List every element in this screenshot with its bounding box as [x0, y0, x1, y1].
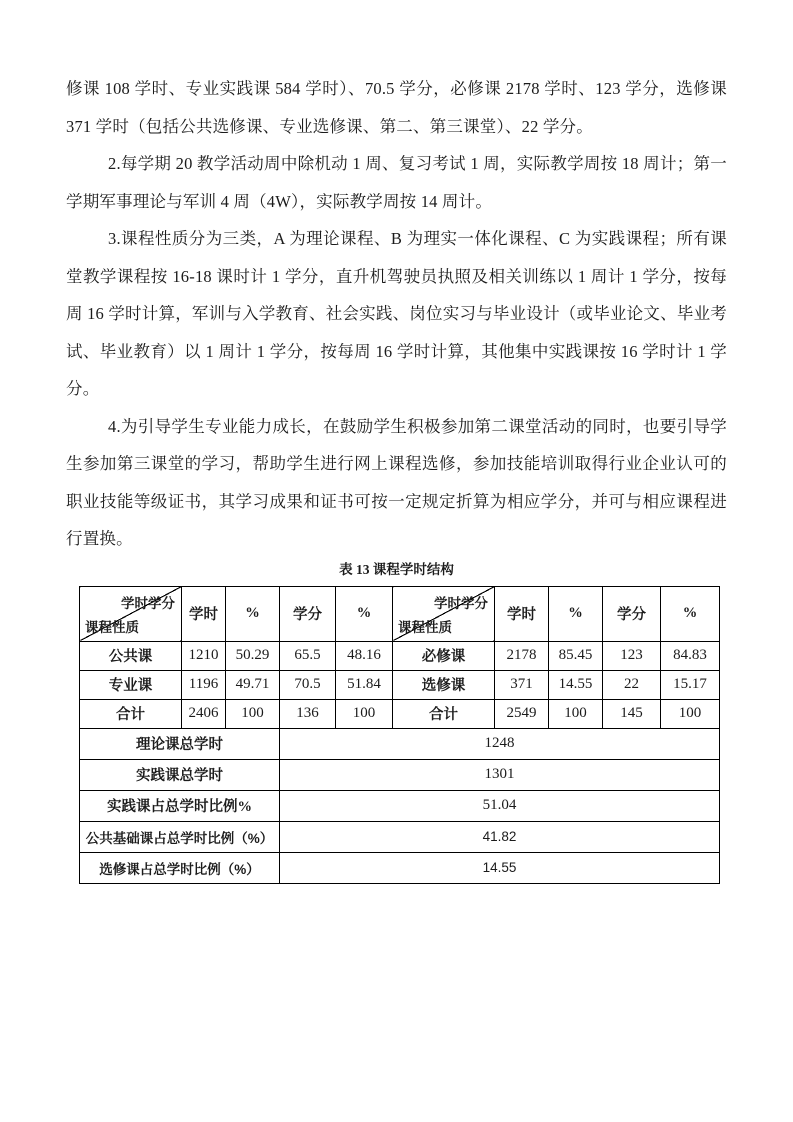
summary-row-public-basic-ratio: 公共基础课占总学时比例（%） 41.82 [80, 821, 720, 852]
cell-credits: 136 [280, 699, 336, 728]
summary-row-theory-hours: 理论课总学时 1248 [80, 728, 720, 759]
table-header-row: 学时学分 课程性质 学时 % 学分 % 学时学分 课程性质 学时 % 学分 % [80, 586, 720, 641]
cell-hours: 1210 [182, 641, 226, 670]
cell-label: 合计 [80, 699, 182, 728]
paragraph-note-4: 4.为引导学生专业能力成长，在鼓励学生积极参加第二课堂活动的同时，也要引导学生参… [66, 408, 727, 558]
summary-label: 实践课占总学时比例% [80, 790, 280, 821]
cell-hours: 2178 [495, 641, 549, 670]
header-cell-hours-left: 学时 [182, 586, 226, 641]
cell-hours: 2406 [182, 699, 226, 728]
cell-hours-pct: 50.29 [226, 641, 280, 670]
summary-row-elective-ratio: 选修课占总学时比例（%） 14.55 [80, 852, 720, 883]
diagonal-label-hours-credits: 学时学分 [434, 592, 488, 612]
cell-hours: 1196 [182, 670, 226, 699]
header-cell-hours-right: 学时 [495, 586, 549, 641]
cell-hours: 371 [495, 670, 549, 699]
paragraph-continuation: 修课 108 学时、专业实践课 584 学时）、70.5 学分，必修课 2178… [66, 70, 727, 145]
diagonal-header-cell-right: 学时学分 课程性质 [393, 586, 495, 641]
paragraph-note-2: 2.每学期 20 教学活动周中除机动 1 周、复习考试 1 周，实际教学周按 1… [66, 145, 727, 220]
cell-credits-pct: 84.83 [661, 641, 720, 670]
diagonal-header-cell-left: 学时学分 课程性质 [80, 586, 182, 641]
cell-credits: 65.5 [280, 641, 336, 670]
summary-row-practice-ratio: 实践课占总学时比例% 51.04 [80, 790, 720, 821]
course-hours-structure-table: 学时学分 课程性质 学时 % 学分 % 学时学分 课程性质 学时 % 学分 % … [79, 586, 720, 884]
header-cell-credits-right: 学分 [603, 586, 661, 641]
header-cell-credits-pct-right: % [661, 586, 720, 641]
table-row-totals: 合计 2406 100 136 100 合计 2549 100 145 100 [80, 699, 720, 728]
header-cell-hours-pct-left: % [226, 586, 280, 641]
cell-credits-pct: 15.17 [661, 670, 720, 699]
summary-label: 选修课占总学时比例（%） [80, 852, 280, 883]
cell-label: 公共课 [80, 641, 182, 670]
cell-credits: 145 [603, 699, 661, 728]
cell-hours-pct: 49.71 [226, 670, 280, 699]
summary-value: 14.55 [280, 852, 720, 883]
cell-label: 专业课 [80, 670, 182, 699]
cell-hours-pct: 100 [226, 699, 280, 728]
cell-credits: 70.5 [280, 670, 336, 699]
cell-credits-pct: 51.84 [336, 670, 393, 699]
cell-hours-pct: 85.45 [549, 641, 603, 670]
header-cell-credits-pct-left: % [336, 586, 393, 641]
header-cell-hours-pct-right: % [549, 586, 603, 641]
header-cell-credits-left: 学分 [280, 586, 336, 641]
cell-credits-pct: 100 [336, 699, 393, 728]
diagonal-label-course-nature: 课程性质 [398, 616, 452, 636]
document-page: 修课 108 学时、专业实践课 584 学时）、70.5 学分，必修课 2178… [0, 0, 793, 1122]
diagonal-label-course-nature: 课程性质 [85, 616, 139, 636]
cell-hours-pct: 100 [549, 699, 603, 728]
cell-hours-pct: 14.55 [549, 670, 603, 699]
cell-label: 合计 [393, 699, 495, 728]
summary-label: 理论课总学时 [80, 728, 280, 759]
cell-label: 必修课 [393, 641, 495, 670]
page-content: 修课 108 学时、专业实践课 584 学时）、70.5 学分，必修课 2178… [66, 70, 727, 884]
cell-credits: 123 [603, 641, 661, 670]
table-caption: 表 13 课程学时结构 [66, 561, 727, 579]
summary-label: 实践课总学时 [80, 759, 280, 790]
paragraph-note-3: 3.课程性质分为三类，A 为理论课程、B 为理实一体化课程、C 为实践课程；所有… [66, 220, 727, 408]
summary-value: 41.82 [280, 821, 720, 852]
summary-value: 1301 [280, 759, 720, 790]
table-row-professional-elective: 专业课 1196 49.71 70.5 51.84 选修课 371 14.55 … [80, 670, 720, 699]
cell-credits-pct: 48.16 [336, 641, 393, 670]
summary-value: 1248 [280, 728, 720, 759]
cell-hours: 2549 [495, 699, 549, 728]
table-row-public-required: 公共课 1210 50.29 65.5 48.16 必修课 2178 85.45… [80, 641, 720, 670]
cell-label: 选修课 [393, 670, 495, 699]
summary-row-practice-hours: 实践课总学时 1301 [80, 759, 720, 790]
summary-value: 51.04 [280, 790, 720, 821]
diagonal-label-hours-credits: 学时学分 [121, 592, 175, 612]
summary-label: 公共基础课占总学时比例（%） [80, 821, 280, 852]
cell-credits-pct: 100 [661, 699, 720, 728]
cell-credits: 22 [603, 670, 661, 699]
